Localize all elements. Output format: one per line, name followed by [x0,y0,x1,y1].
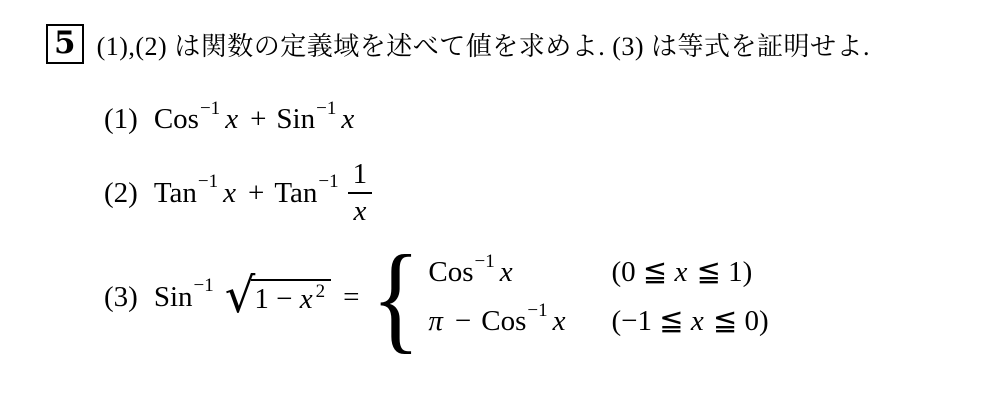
radicand-constant: 1 − [254,283,299,315]
cases-block: Cos−1x (0 ≦ x ≦ 1) π − Cos−1x (−1 ≦ x ≦ … [428,256,768,339]
variable-x: x [691,305,706,337]
square-root: √ 1 − x2 [225,279,331,316]
case-2-expression: π − Cos−1x [428,305,567,338]
variable-x: x [341,103,356,136]
variable-x: x [553,305,568,338]
plus-operator: + [250,103,266,136]
condition-right: ≦ 0) [706,305,769,337]
problem-header: 5 (1),(2) は関数の定義域を述べて値を求めよ. (3) は等式を証明せよ… [46,24,870,64]
fraction-one-over-x: 1 x [348,158,373,229]
subproblem-3-label: (3) [104,281,138,314]
problem-number-box: 5 [46,24,84,64]
case-1-condition: (0 ≦ x ≦ 1) [612,256,769,289]
variable-x: x [500,256,515,289]
cos-function-name: Cos [154,103,199,136]
minus-operator: − [455,305,471,338]
tan-function-name: Tan [274,177,317,210]
condition-left: (−1 ≦ [612,305,691,337]
sin-function-name: Sin [276,103,315,136]
condition-left: (0 ≦ [612,256,675,288]
subproblem-3-lhs: Sin−1 √ 1 − x2 [154,279,331,316]
variable-x: x [223,177,238,210]
squared-superscript: 2 [316,281,326,302]
pi-symbol: π [428,305,445,338]
sin-function-name: Sin [154,281,193,314]
subproblem-1-expression: Cos−1x + Sin−1x [154,103,356,136]
subproblem-1: (1) Cos−1x + Sin−1x [104,103,356,136]
case-1-expression: Cos−1x [428,256,567,289]
instruction-text: (1),(2) は関数の定義域を述べて値を求めよ. (3) は等式を証明せよ. [97,26,870,63]
variable-x: x [300,283,315,315]
math-problem-page: 5 (1),(2) は関数の定義域を述べて値を求めよ. (3) は等式を証明せよ… [0,0,992,414]
variable-x: x [674,256,689,288]
fraction-numerator: 1 [348,158,373,192]
problem-number: 5 [54,25,76,61]
equals-sign: = [343,281,359,314]
radicand: 1 − x2 [251,279,331,316]
plus-operator: + [248,177,264,210]
subproblem-2-label: (2) [104,177,138,210]
subproblem-1-label: (1) [104,103,138,136]
subproblem-2-expression: Tan−1x + Tan−1 1 x [154,158,372,229]
tan-function-name: Tan [154,177,197,210]
radical-sign: √ [225,278,256,314]
cos-function-name: Cos [428,256,473,289]
variable-x: x [225,103,240,136]
cos-function-name: Cos [481,305,526,338]
condition-right: ≦ 1) [689,256,752,288]
subproblem-3: (3) Sin−1 √ 1 − x2 = { Cos−1x (0 ≦ x ≦ 1… [104,256,769,339]
subproblem-2: (2) Tan−1x + Tan−1 1 x [104,158,372,229]
case-2-condition: (−1 ≦ x ≦ 0) [612,305,769,338]
fraction-denominator: x [348,194,371,228]
